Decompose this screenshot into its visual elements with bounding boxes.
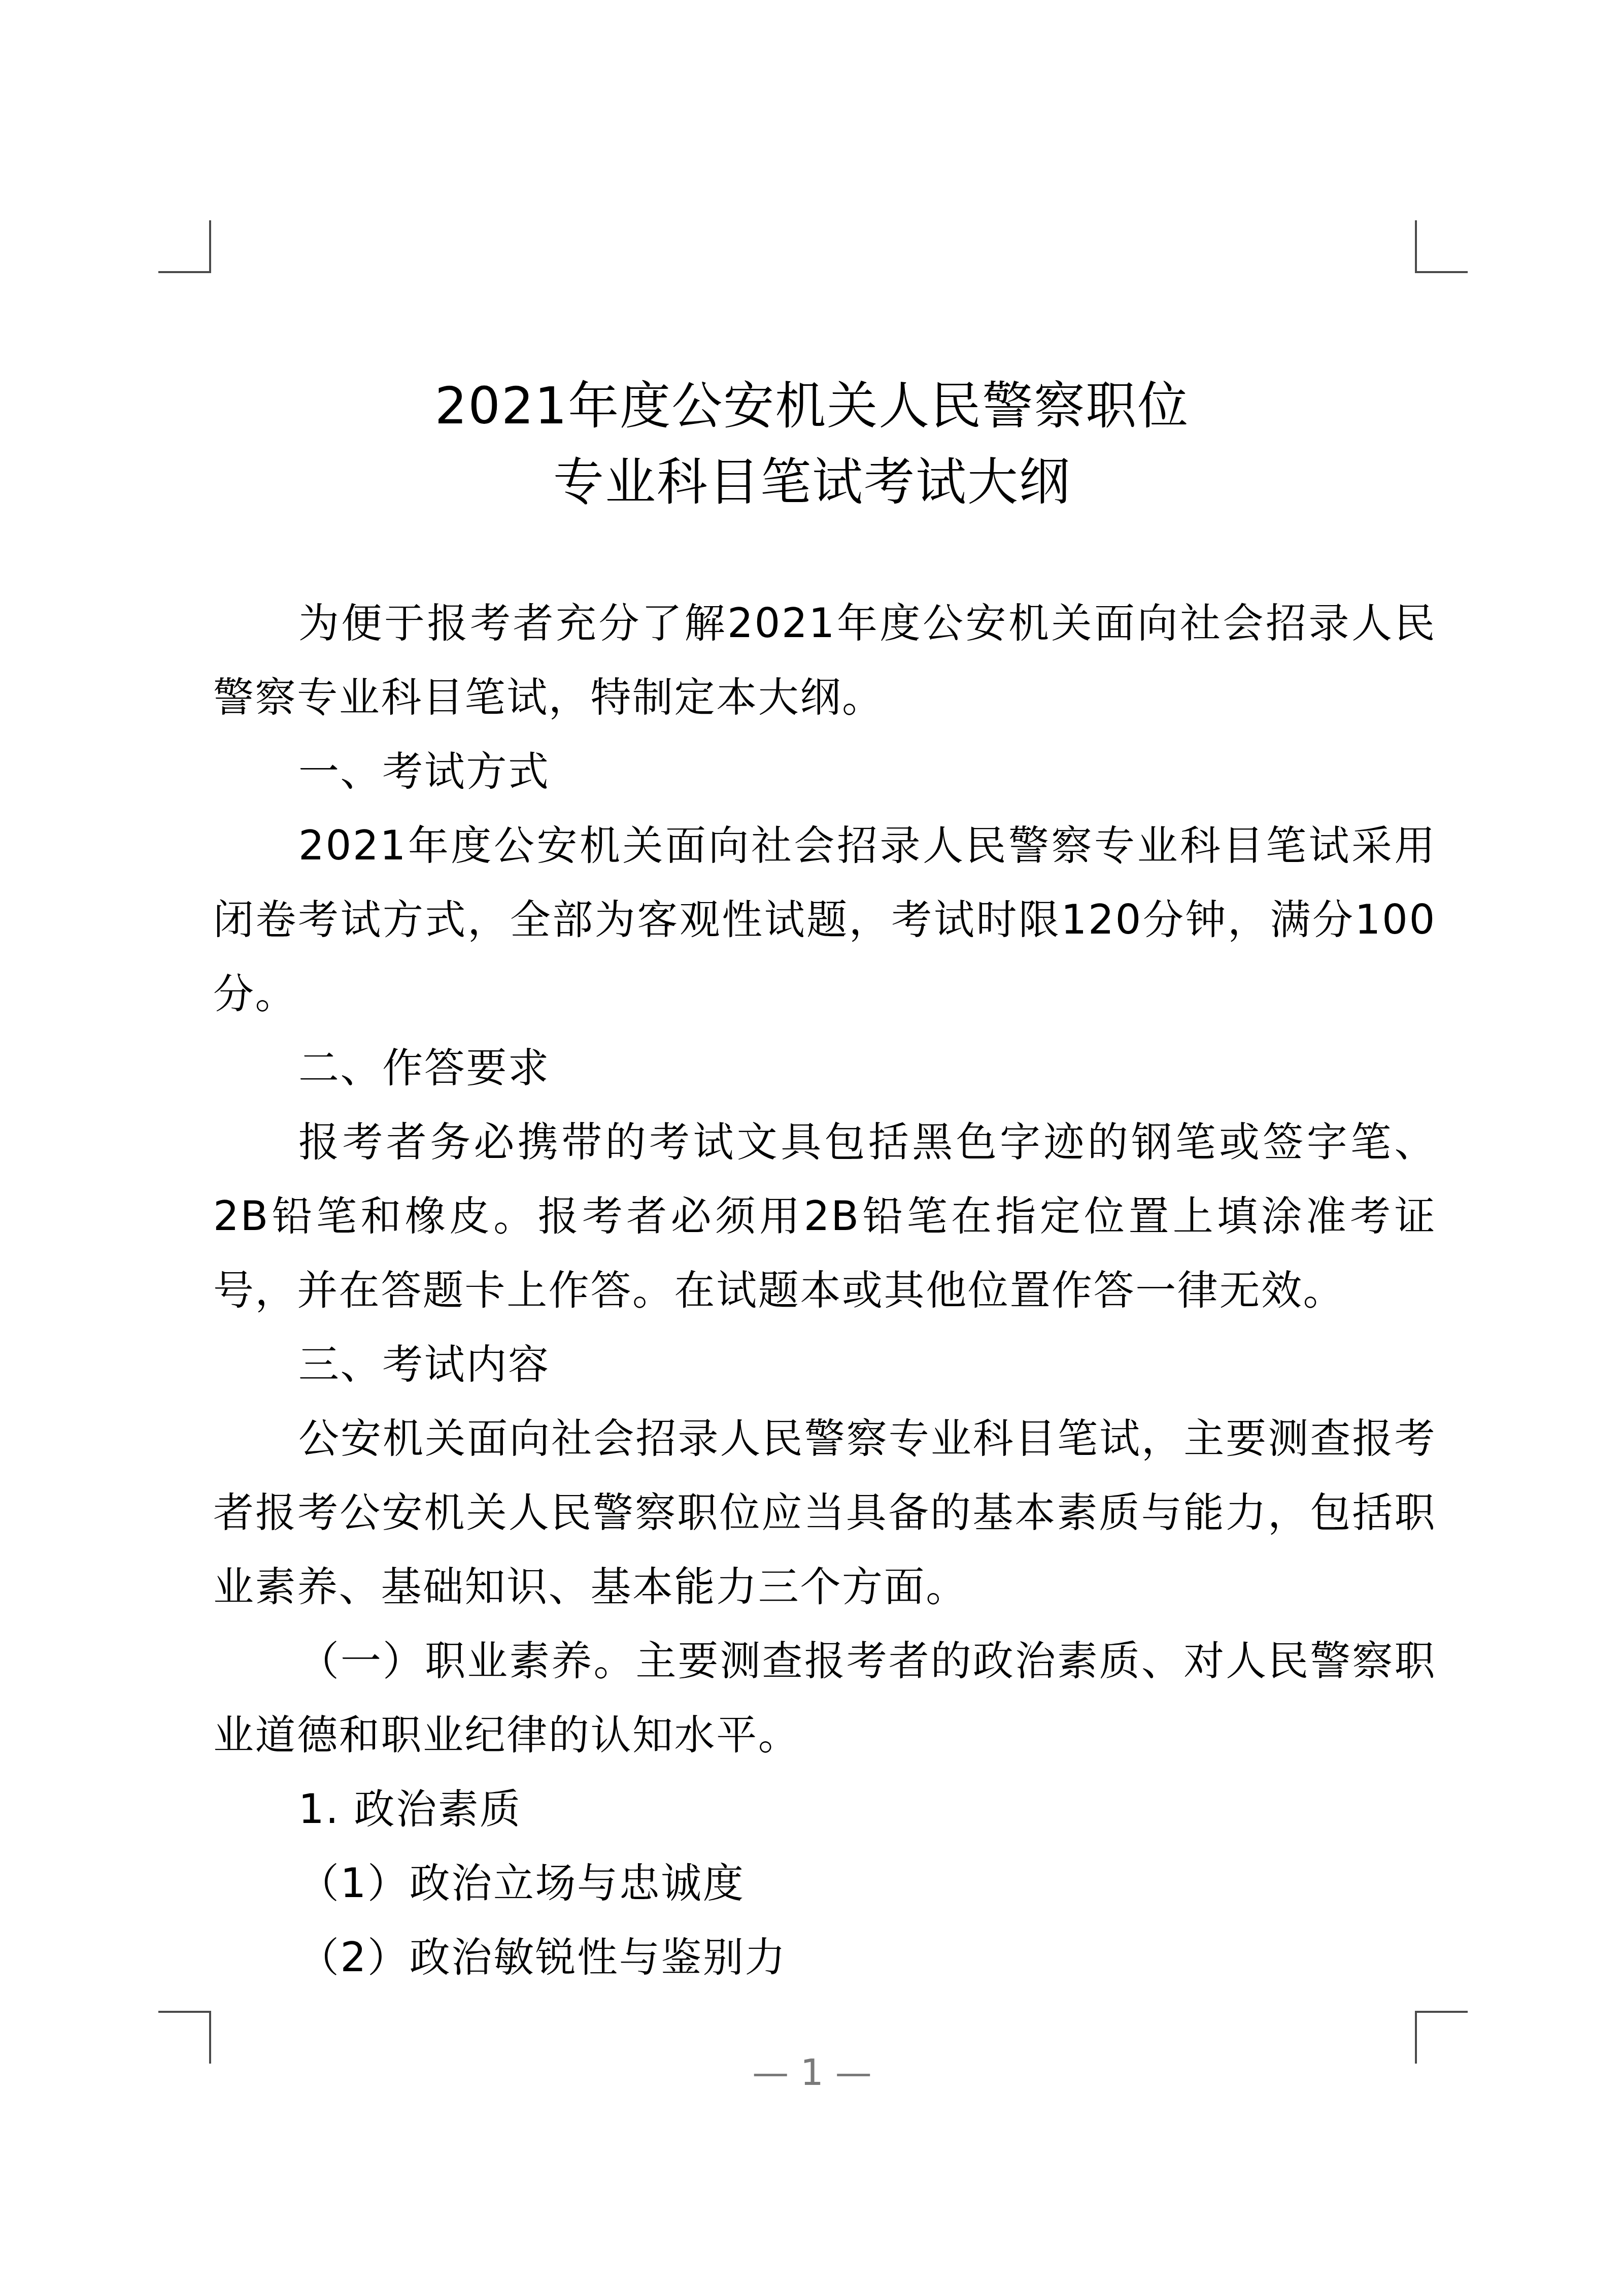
document-title-line-1: 2021年度公安机关人民警察职位 (0, 368, 1624, 444)
intro-paragraph: 为便于报考者充分了解2021年度公安机关面向社会招录人民警察专业科目笔试，特制定… (213, 586, 1436, 735)
section-heading-exam-content: 三、考试内容 (213, 1327, 1436, 1402)
page-number: — 1 — (0, 2051, 1624, 2094)
section-heading-exam-format: 一、考试方式 (213, 735, 1436, 809)
corner-mark-top-left (158, 220, 211, 273)
exam-content-paragraph: 公安机关面向社会招录人民警察专业科目笔试，主要测查报考者报考公安机关人民警察职位… (213, 1402, 1436, 1624)
document-body: 为便于报考者充分了解2021年度公安机关面向社会招录人民警察专业科目笔试，特制定… (213, 586, 1436, 1995)
subheading-political-quality: 1. 政治素质 (213, 1772, 1436, 1846)
exam-format-paragraph: 2021年度公安机关面向社会招录人民警察专业科目笔试采用闭卷考试方式，全部为客观… (213, 809, 1436, 1031)
document-title-line-2: 专业科目笔试考试大纲 (0, 444, 1624, 520)
answer-requirements-paragraph: 报考者务必携带的考试文具包括黑色字迹的钢笔或签字笔、2B铅笔和橡皮。报考者必须用… (213, 1105, 1436, 1327)
list-item-political-sensitivity: （2）政治敏锐性与鉴别力 (213, 1920, 1436, 1995)
professional-quality-paragraph: （一）职业素养。主要测查报考者的政治素质、对人民警察职业道德和职业纪律的认知水平… (213, 1624, 1436, 1772)
corner-mark-top-right (1415, 220, 1468, 273)
list-item-political-stance: （1）政治立场与忠诚度 (213, 1846, 1436, 1920)
section-heading-answer-requirements: 二、作答要求 (213, 1031, 1436, 1105)
